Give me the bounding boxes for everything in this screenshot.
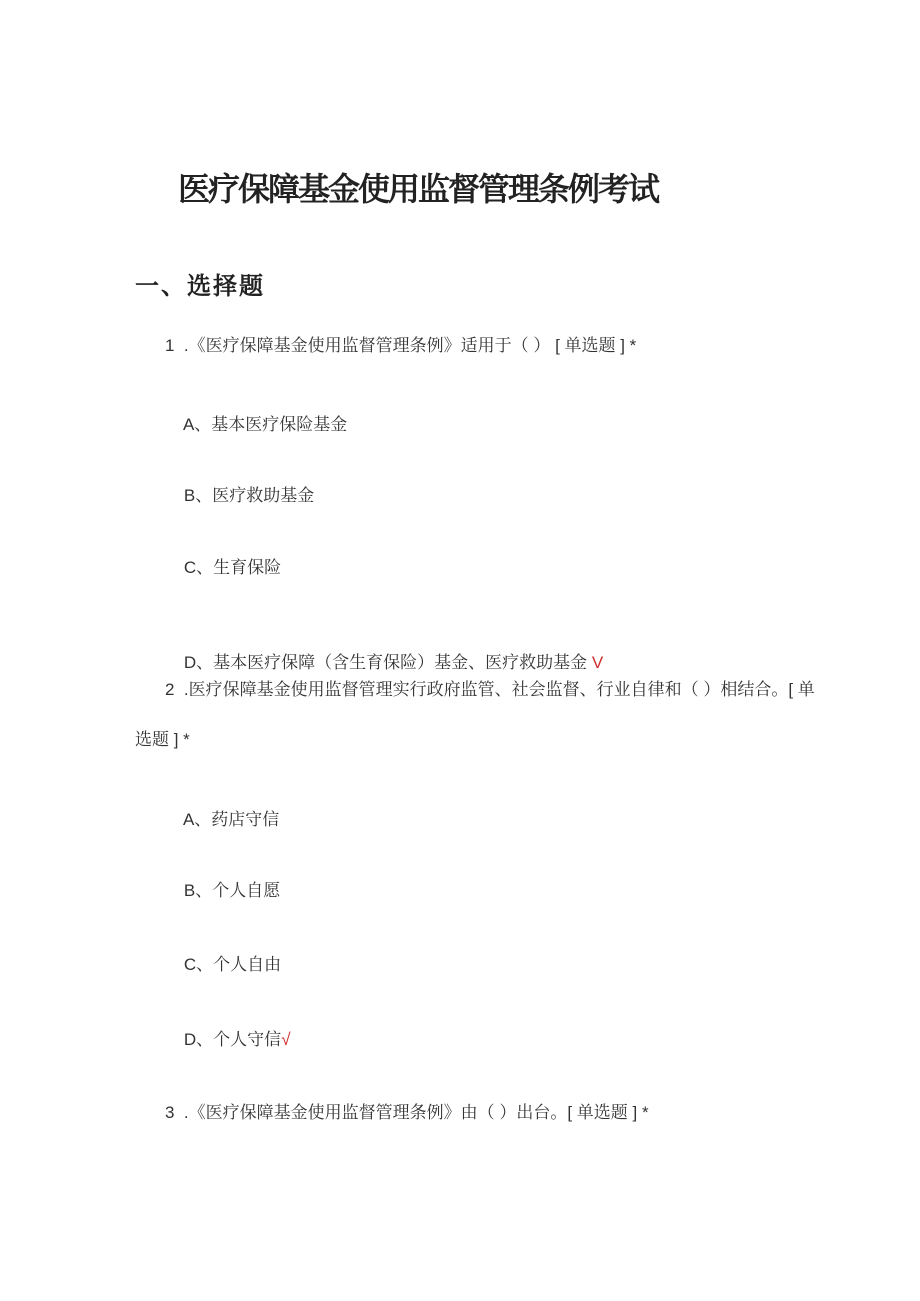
question-3-prompt: 3 .《医疗保障基金使用监督管理条例》由（ ）出台。[ 单选题 ] * [165,1103,649,1123]
correct-answer-mark: √ [281,1030,290,1049]
question-2-option-b: B、个人自愿 [165,861,280,921]
question-2-prompt-line-2: 选题 ] * [135,730,190,750]
correct-answer-mark: V [587,653,603,672]
question-1-prompt: 1 .《医疗保障基金使用监督管理条例》适用于（ ） [ 单选题 ] * [165,336,636,356]
question-1-option-c: C、生育保险 [165,538,281,598]
option-label: B、个人自愿 [184,881,280,900]
option-label: C、个人自由 [184,955,281,974]
question-1-option-a: A、基本医疗保险基金 [165,395,347,455]
option-label: A、基本医疗保险基金 [183,415,347,434]
question-2-prompt-line-1: 2 .医疗保障基金使用监督管理实行政府监管、社会监督、行业自律和（ ）相结合。[… [165,680,815,700]
option-label: A、药店守信 [183,810,279,829]
question-2-option-a: A、药店守信 [165,790,279,850]
question-1-option-b: B、医疗救助基金 [165,466,314,526]
page-title: 医疗保障基金使用监督管理条例考试 [178,164,658,210]
option-label: D、个人守信 [184,1030,281,1049]
section-heading: 一、选择题 [135,266,265,301]
option-label: D、基本医疗保障（含生育保险）基金、医疗救助基金 [184,653,587,672]
option-label: C、生育保险 [184,558,281,577]
question-2-option-d: D、个人守信√ [165,1010,291,1070]
question-2-option-c: C、个人自由 [165,935,281,995]
option-label: B、医疗救助基金 [184,486,314,505]
document-page: 医疗保障基金使用监督管理条例考试 一、选择题 1 .《医疗保障基金使用监督管理条… [0,0,920,1301]
